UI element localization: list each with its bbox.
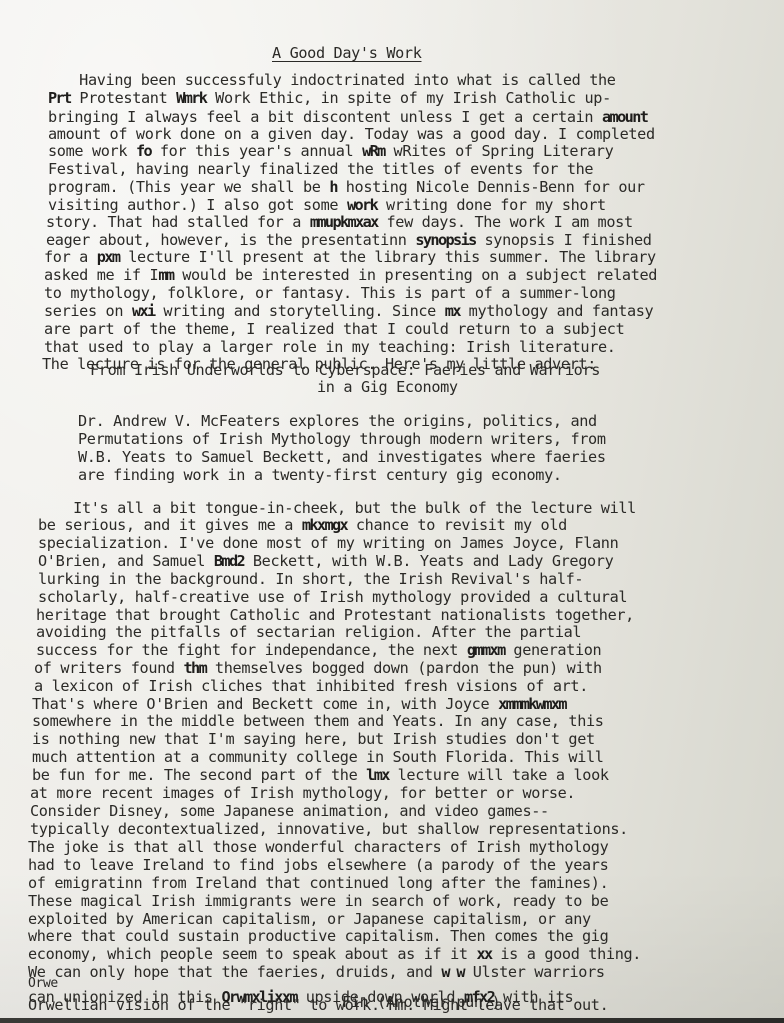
paragraph-2-line: Consider Disney, some Japanese animation… [30,804,549,819]
struck-over-text: mm [158,266,173,284]
paragraph-2-line: of emigratinn from Ireland that continue… [28,876,608,891]
paragraph-2-line: specialization. I've done most of my wri… [38,536,618,551]
struck-over-text: amount [602,108,647,126]
paragraph-2-line: O'Brien, and Samuel Bmd2 Beckett, with W… [38,554,613,569]
struck-over-text: work [347,196,377,214]
paragraph-2-line: typically decontextualized, innovative, … [30,822,628,837]
paragraph-2-line: Orwellian vision of the "right" to work.… [28,998,608,1013]
document-title: A Good Day's Work [272,46,422,61]
paragraph-2-line: be serious, and it gives me a mkxmgx cha… [38,518,567,533]
paragraph-1-line: Prt Protestant Wmrk Work Ethic, in spite… [48,91,611,106]
struck-over-text: Prt [48,89,71,107]
paragraph-2-line: heritage that brought Catholic and Prote… [36,608,634,623]
paragraph-2-line: exploited by American capitalism, or Jap… [28,912,591,927]
paragraph-1-line: for a pxm lecture I'll present at the li… [44,250,656,265]
paragraph-2-line: scholarly, half-creative use of Irish my… [38,590,627,605]
struck-over-text: thm [184,659,207,677]
paragraph-2-line: is nothing new that I'm saying here, but… [32,732,595,747]
paragraph-2-line: where that could sustain productive capi… [28,929,608,944]
paragraph-2-line: The joke is that all those wonderful cha… [28,840,608,855]
advert-body-line: Dr. Andrew V. McFeaters explores the ori… [78,414,597,429]
paragraph-2-line: avoiding the pitfalls of sectarian relig… [36,625,581,640]
paragraph-1-line: visiting author.) I also got some work w… [48,198,606,213]
struck-over-text: xmmmkwmxm [498,695,566,713]
paragraph-2-line: success for the fight for independance, … [36,643,601,658]
struck-over-text: wRm [362,142,385,160]
paragraph-2-line: lurking in the background. In short, the… [38,572,583,587]
struck-over-text: mmupkmxax [310,213,378,231]
struck-over-text: h [329,178,337,196]
paragraph-2-line: That's where O'Brien and Beckett come in… [32,697,566,712]
advert-body-line: Permutations of Irish Mythology through … [78,432,606,447]
struck-over-text: synopsis [415,231,475,249]
paragraph-2-line: had to leave Ireland to find jobs elsewh… [28,858,608,873]
paragraph-2-line: be fun for me. The second part of the lm… [32,768,609,783]
paragraph-1-line: to mythology, folklore, or fantasy. This… [44,286,616,301]
paragraph-2-line: at more recent images of Irish mythology… [30,786,575,801]
struck-over-text: fo [136,142,151,160]
paragraph-1-line: story. That had stalled for a mmupkmxax … [46,215,633,230]
advert-title-line: in a Gig Economy [317,380,458,395]
paragraph-1-line: amount of work done on a given day. Toda… [48,127,655,142]
struck-over-text: pxm [97,248,120,266]
struck-over-text: Bmd2 [214,552,244,570]
struck-over-text: Wmrk [176,89,206,107]
paragraph-2-line: somewhere in the middle between them and… [32,714,604,729]
advert-title-line: From Irish Underworlds to Cyberspace: Fa… [90,363,600,378]
struck-over-text: w w [441,963,464,981]
struck-over-text: xx [476,945,491,963]
paragraph-1-line: are part of the theme, I realized that I… [44,322,624,337]
paragraph-2-line: a lexicon of Irish cliches that inhibite… [34,679,588,694]
paragraph-1-line: Festival, having nearly finalized the ti… [48,162,593,177]
struck-over-text: wxi [132,302,155,320]
page-bottom-edge [0,1018,784,1023]
paragraph-1-line: program. (This year we shall be h hostin… [48,180,645,195]
paragraph-1-line: series on wxi writing and storytelling. … [44,304,653,319]
struck-over-text: lmx [366,766,389,784]
struck-over-text: mkxmgx [302,516,347,534]
paragraph-2-line: of writers found thm themselves bogged d… [34,661,602,676]
paragraph-2-line: It's all a bit tongue-in-cheek, but the … [38,501,636,516]
paragraph-2-line: We can only hope that the faeries, druid… [28,965,605,980]
paragraph-1-line: bringing I always feel a bit discontent … [48,110,647,125]
paragraph-2-line: economy, which people seem to speak abou… [28,947,641,962]
advert-body-line: are finding work in a twenty-first centu… [78,468,562,483]
paragraph-2-line: These magical Irish immigrants were in s… [28,894,608,909]
overtype-fragment: Orwe [28,977,58,990]
paragraph-1-line: some work fo for this year's annual wRm … [48,144,613,159]
struck-over-text: mx [445,302,460,320]
closing-line: Fin (Another pun.) [342,995,500,1010]
advert-body-line: W.B. Yeats to Samuel Beckett, and invest… [78,450,606,465]
paragraph-1-line: eager about, however, is the presentatin… [46,233,652,248]
paragraph-1-line: that used to play a larger role in my te… [44,340,616,355]
paragraph-2-line: much attention at a community college in… [32,750,604,765]
typewritten-page: A Good Day's Work Having been successful… [0,0,784,1023]
struck-over-text: gmmxm [467,641,505,659]
paragraph-1-line: asked me if Imm would be interested in p… [44,268,657,283]
paragraph-1-line: Having been successfuly indoctrinated in… [44,73,616,88]
